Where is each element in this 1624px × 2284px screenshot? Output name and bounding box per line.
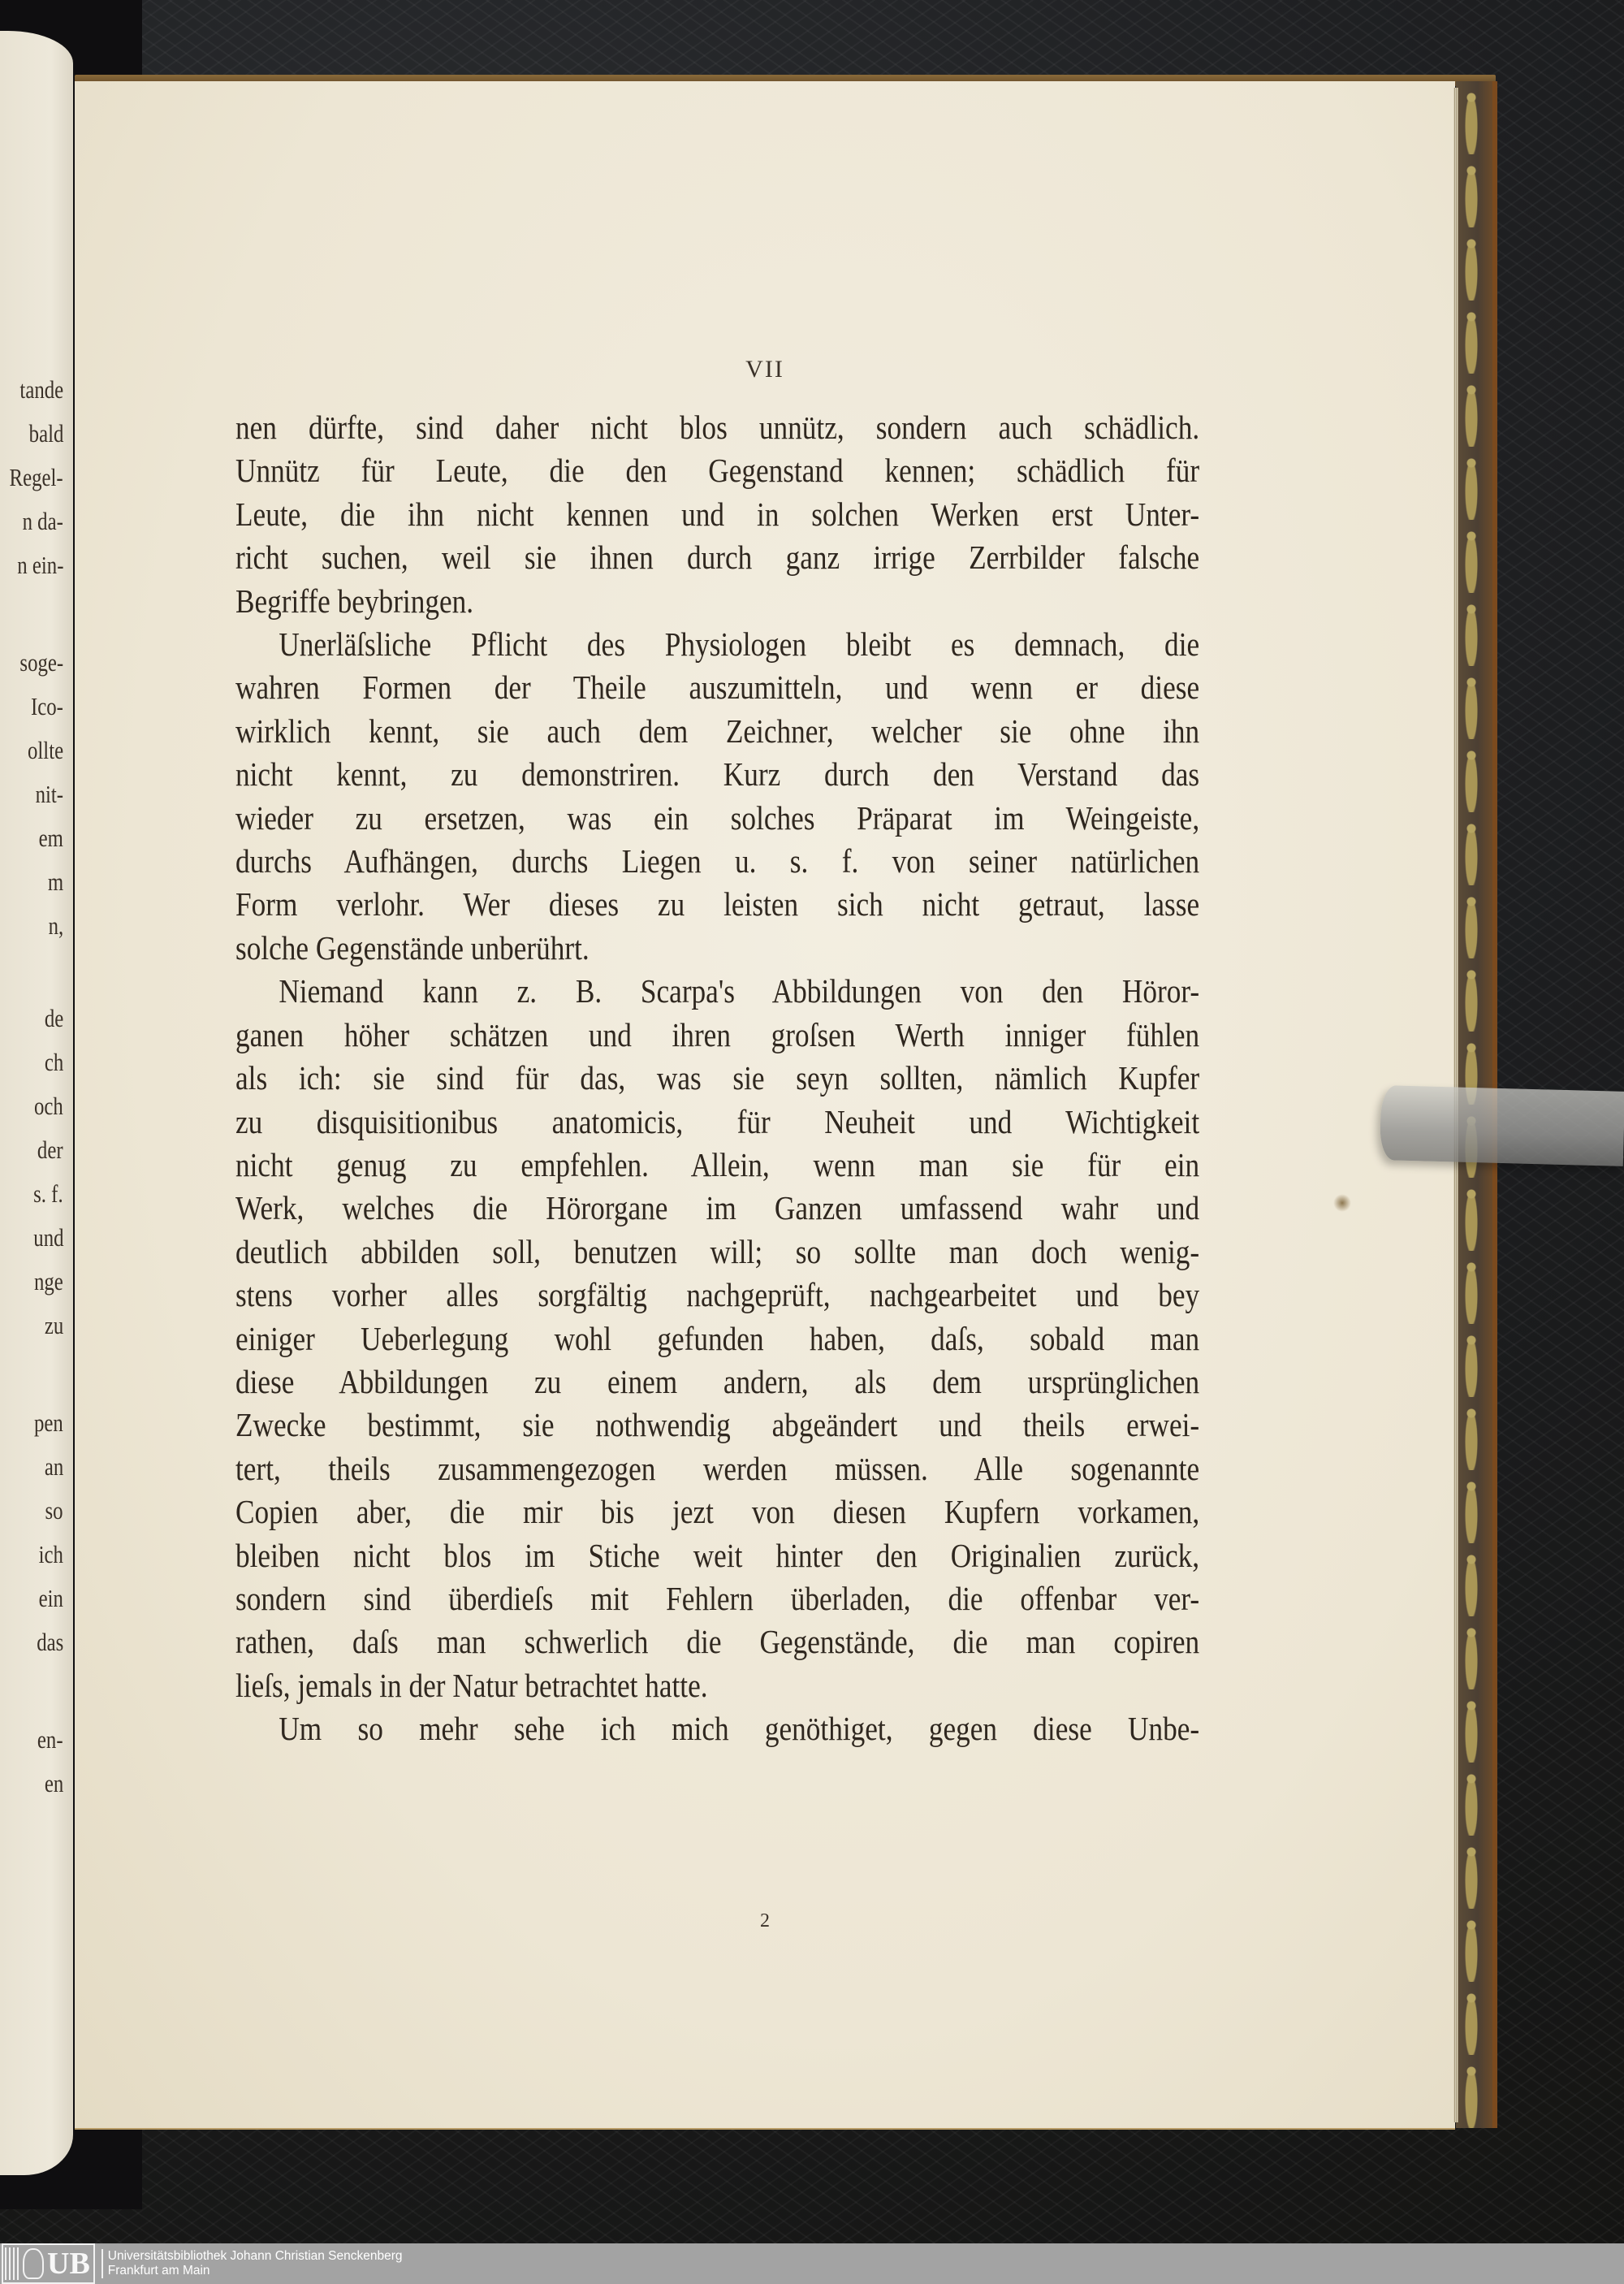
text-line: Werk, welches die Hörorgane im Ganzen um… — [235, 1187, 1199, 1230]
text-line: stens vorher alles sorgfältig nachgeprüf… — [235, 1274, 1199, 1317]
text-line: Form verlohr. Wer dieses zu leisten sich… — [235, 883, 1199, 926]
glass-page-weight — [1380, 1085, 1624, 1166]
portrait-icon — [23, 2248, 44, 2279]
facing-page-fragment: en — [45, 1769, 63, 1798]
text-line: richt suchen, weil sie ihnen durch ganz … — [235, 536, 1199, 579]
facing-page-fragment: soge- — [19, 648, 63, 677]
book-page: VII nen dürfte, sind daher nicht blos un… — [75, 81, 1455, 2128]
text-line: Um so mehr sehe ich mich genöthiget, geg… — [235, 1707, 1199, 1750]
facing-page-fragment: pen — [34, 1408, 63, 1438]
facing-page-fragment: Ico- — [31, 692, 63, 721]
facing-page-fragment: n ein- — [17, 551, 63, 580]
scan-scene: tandebaldRegel-n da-n ein-soge-Ico-ollte… — [0, 0, 1624, 2284]
text-line: durchs Aufhängen, durchs Liegen u. s. f.… — [235, 840, 1199, 883]
facing-page-fragment: zu — [45, 1311, 63, 1340]
text-line: nen dürfte, sind daher nicht blos unnütz… — [235, 406, 1199, 449]
facing-page-fragment: bald — [28, 419, 63, 448]
text-line: wieder zu ersetzen, was ein solches Präp… — [235, 797, 1199, 840]
text-line: Begriffe beybringen. — [235, 580, 1199, 623]
text-line: einiger Ueberlegung wohl gefunden haben,… — [235, 1317, 1199, 1360]
facing-page-fragment: tande — [19, 375, 63, 404]
facing-page-fragment: ich — [39, 1540, 63, 1569]
text-line: solche Gegenstände unberührt. — [235, 927, 1199, 970]
facing-page-fragment: ein — [39, 1584, 63, 1613]
text-line: als ich: sie sind für das, was sie seyn … — [235, 1057, 1199, 1100]
text-line: deutlich abbilden soll, benutzen will; s… — [235, 1231, 1199, 1274]
text-line: wirklich kennt, sie auch dem Zeichner, w… — [235, 710, 1199, 753]
logo-text: UB — [47, 2248, 90, 2279]
facing-page-fragment: nit- — [36, 780, 63, 809]
facing-page-fragment: an — [45, 1452, 63, 1482]
facing-page-fragment: em — [39, 824, 63, 853]
facing-page-fragment: so — [45, 1496, 63, 1525]
facing-page-fragment: Regel- — [10, 463, 63, 492]
text-line: diese Abbildungen zu einem andern, als d… — [235, 1360, 1199, 1404]
library-footer-banner: UB Universitätsbibliothek Johann Christi… — [0, 2243, 1624, 2284]
facing-page-fragment: och — [34, 1092, 63, 1121]
page-folio: VII — [75, 356, 1455, 383]
facing-page: tandebaldRegel-n da-n ein-soge-Ico-ollte… — [0, 31, 73, 2175]
facing-page-fragment: ch — [45, 1048, 63, 1077]
text-line: ganen höher schätzen und ihren groſsen W… — [235, 1014, 1199, 1057]
facing-page-fragment: der — [37, 1136, 63, 1165]
text-line: tert, theils zusammengezogen werden müss… — [235, 1447, 1199, 1490]
text-line: nicht kennt, zu demonstriren. Kurz durch… — [235, 753, 1199, 796]
foxing-stain — [1333, 1194, 1351, 1212]
text-line: Niemand kann z. B. Scarpa's Abbildungen … — [235, 970, 1199, 1013]
text-line: zu disquisitionibus anatomicis, für Neuh… — [235, 1101, 1199, 1144]
facing-page-fragment: ollte — [28, 736, 63, 765]
facing-page-fragment: s. f. — [33, 1179, 63, 1209]
text-line: Copien aber, die mir bis jezt von diesen… — [235, 1490, 1199, 1533]
page-text-block: nen dürfte, sind daher nicht blos unnütz… — [235, 406, 1202, 1751]
library-logo: UB — [2, 2243, 95, 2284]
text-line: Unnütz für Leute, die den Gegenstand ken… — [235, 449, 1199, 492]
facing-page-fragment: n, — [48, 911, 63, 941]
text-line: Unerläſsliche Pflicht des Physiologen bl… — [235, 623, 1199, 666]
signature-mark: 2 — [75, 1910, 1455, 1932]
institution-location: Frankfurt am Main — [108, 2264, 403, 2278]
text-line: rathen, daſs man schwerlich die Gegenstä… — [235, 1620, 1199, 1663]
institution-name: Universitätsbibliothek Johann Christian … — [108, 2249, 403, 2264]
footer-text: Universitätsbibliothek Johann Christian … — [101, 2249, 403, 2278]
text-line: nicht genug zu empfehlen. Allein, wenn m… — [235, 1144, 1199, 1187]
facing-page-fragment: de — [45, 1004, 63, 1033]
facing-page-fragment: und — [33, 1223, 63, 1252]
facing-page-fragment: n da- — [23, 507, 63, 536]
text-line: lieſs, jemals in der Natur betrachtet ha… — [235, 1664, 1199, 1707]
text-line: wahren Formen der Theile auszumitteln, u… — [235, 666, 1199, 709]
facing-page-fragment: nge — [34, 1267, 63, 1296]
text-line: Zwecke bestimmt, sie nothwendig abgeände… — [235, 1404, 1199, 1447]
facing-page-fragment: m — [48, 867, 63, 897]
books-icon — [5, 2247, 19, 2280]
text-line: Leute, die ihn nicht kennen und in solch… — [235, 493, 1199, 536]
text-line: sondern sind überdieſs mit Fehlern überl… — [235, 1577, 1199, 1620]
facing-page-fragment: das — [37, 1628, 63, 1657]
text-line: bleiben nicht blos im Stiche weit hinter… — [235, 1534, 1199, 1577]
facing-page-fragment: en- — [37, 1725, 63, 1754]
